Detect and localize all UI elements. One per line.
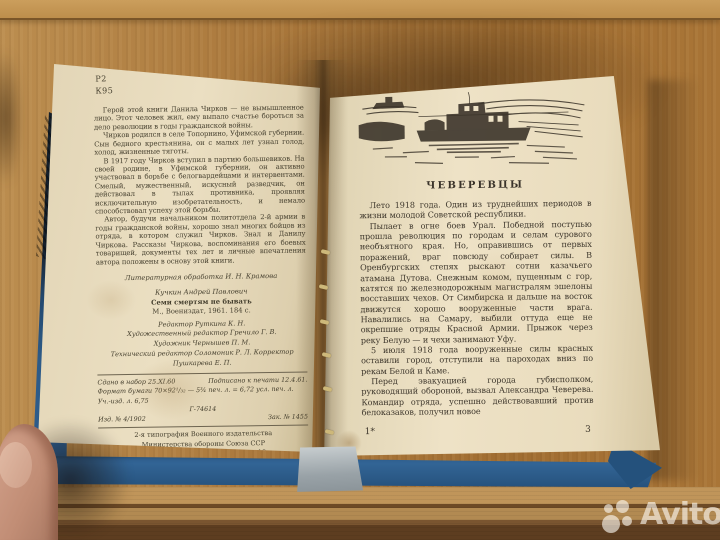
right-page: ЧЕВЕРЕВЦЫ Лето 1918 года. Один из трудне… [318, 70, 660, 468]
avito-watermark: Avito [602, 496, 720, 534]
annotation-paragraph: Чирков родился в селе Топорнино, Уфимско… [94, 129, 304, 157]
text-paragraph: Перед эвакуацией города губисполком, рук… [361, 374, 593, 418]
code-line: К95 [95, 83, 303, 98]
chapter-text: Лето 1918 года. Один из труднейших перио… [359, 198, 593, 418]
signature-mark: 1* [365, 427, 375, 437]
editorial-staff: Редактор Руткина К. Н. Художественный ре… [97, 318, 308, 370]
annotation-paragraph: Герой этой книги Данила Чирков — не вымы… [94, 104, 304, 132]
river-steamboat-illustration [358, 85, 591, 169]
annotation-paragraph: Автор, будучи начальником политотдела 2-… [95, 213, 306, 266]
order-number: Зак. № 1455 [268, 413, 308, 423]
chapter-title: ЧЕВЕРЕВЦЫ [359, 179, 591, 192]
avito-watermark-text: Avito [640, 500, 720, 530]
background-wall-top [0, 0, 720, 20]
thumbnail-nail [0, 442, 32, 488]
text-paragraph: Лето 1918 года. Один из труднейших перио… [359, 198, 591, 221]
spine-tape [295, 444, 363, 495]
right-page-content: ЧЕВЕРЕВЦЫ Лето 1918 года. Один из трудне… [358, 85, 594, 437]
literary-credit: Литературная обработка И. Н. Крамова [96, 272, 306, 283]
annotation-paragraph: В 1917 году Чирков вступил в партию боль… [94, 154, 305, 216]
text-paragraph: Пылает в огне боев Урал. Победной поступ… [360, 219, 593, 346]
page-number: 3 [585, 424, 591, 434]
book-photo: Р2 К95 Герой этой книги Данила Чирков — … [0, 0, 720, 540]
thumb [0, 424, 58, 540]
page-footer: 1* 3 [362, 424, 594, 436]
left-page-content: Р2 К95 Герой этой книги Данила Чирков — … [93, 71, 309, 475]
left-page: Р2 К95 Герой этой книги Данила Чирков — … [38, 58, 320, 456]
annotation-block: Герой этой книги Данила Чирков — не вымы… [94, 104, 306, 267]
production-data: Сдано в набор 25.XI.60 Подписано к печат… [97, 372, 308, 425]
imprint-block: Кучкин Андрей Павлович Семи смертям не б… [96, 287, 306, 318]
staff-line: Технический редактор Соломоник Р. Л. Кор… [97, 348, 307, 371]
left-edge-shadow [0, 48, 22, 188]
imprint-line: М., Воениздат, 1961. 184 с. [96, 306, 306, 318]
avito-logo-icon [602, 498, 636, 533]
text-paragraph: 5 июля 1918 года вооруженные силы красны… [361, 343, 593, 377]
